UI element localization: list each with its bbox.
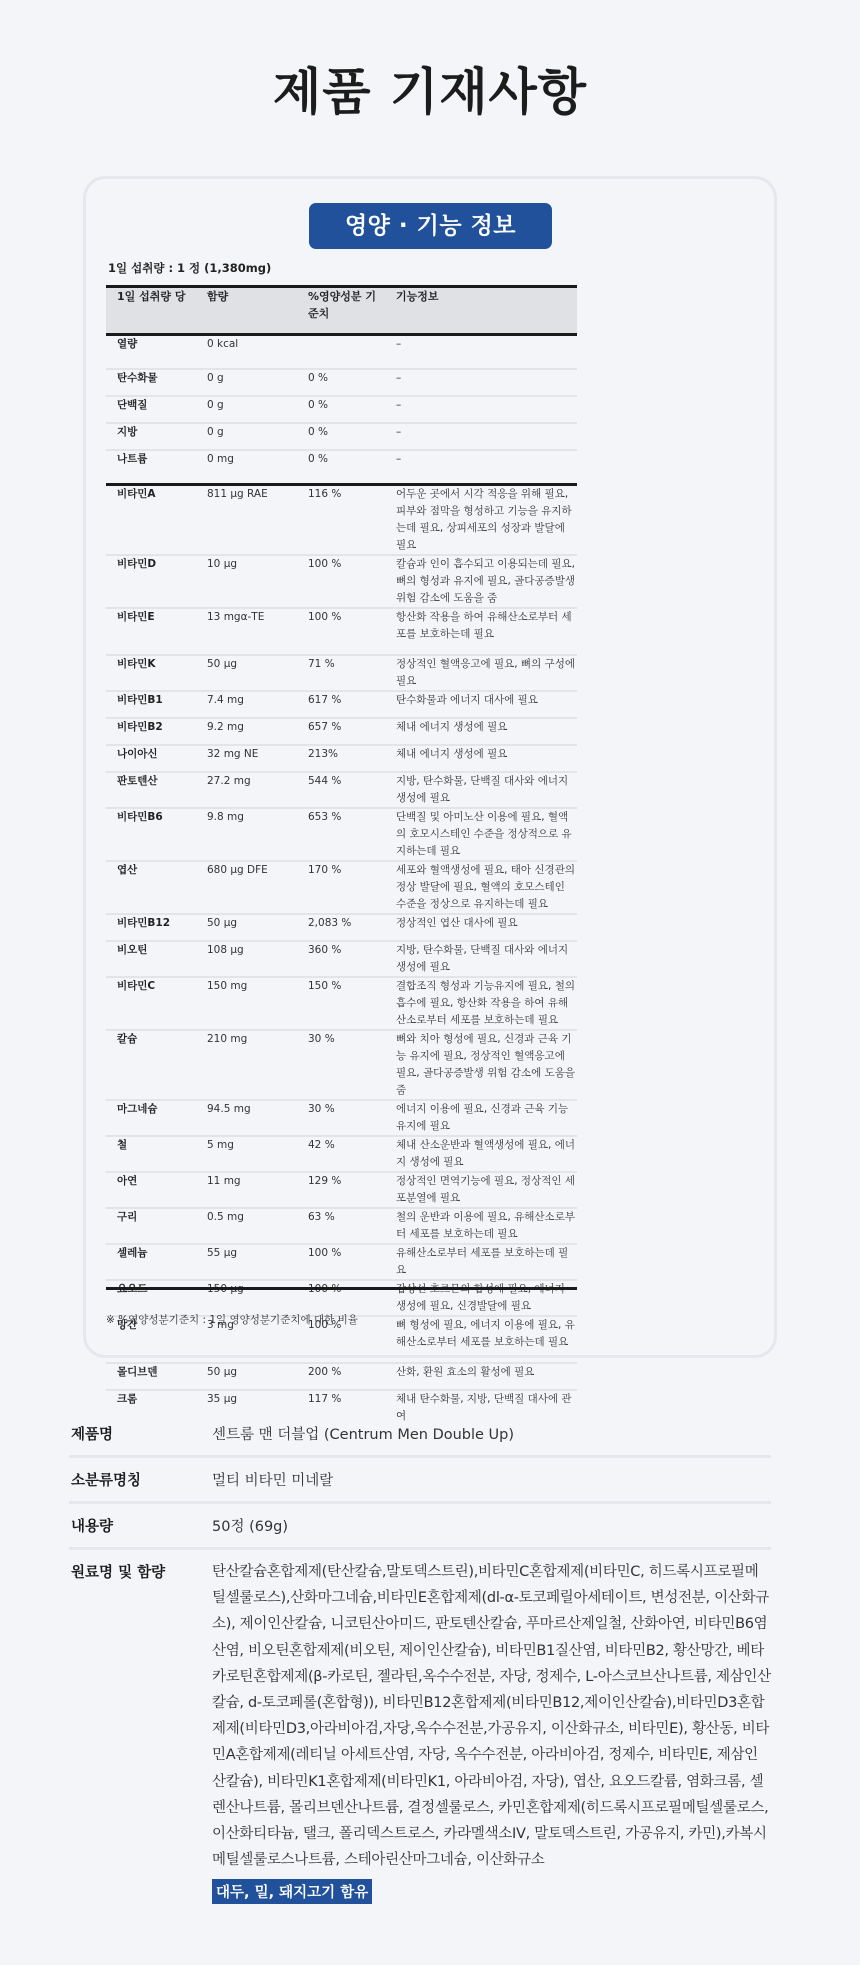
- nutrient-amount: 0 mg: [207, 450, 308, 477]
- nutrient-function: –: [396, 369, 577, 396]
- info-row-ingredients: 원료명 및 함량 탄산칼슘혼합제제(탄산칼슘,말토덱스트린),비타민C혼합제제(…: [69, 1550, 771, 1904]
- nutrient-name: 탄수화물: [106, 369, 207, 396]
- nutrient-function: 항산화 작용을 하여 유해산소로부터 세포를 보호하는데 필요: [396, 608, 577, 655]
- nutrient-amount: 13 mgα-TE: [207, 608, 308, 655]
- nutrient-pct: 150 %: [308, 977, 396, 1030]
- product-info: 제품명 센트룸 맨 더블업 (Centrum Men Double Up) 소분…: [69, 1412, 771, 1904]
- table-row: 비타민B29.2 mg657 %체내 에너지 생성에 필요: [106, 718, 577, 745]
- nutrient-function: 탄수화물과 에너지 대사에 필요: [396, 691, 577, 718]
- nutrient-amount: 0.5 mg: [207, 1208, 308, 1244]
- info-label: 제품명: [69, 1423, 212, 1444]
- nutrient-amount: 7.4 mg: [207, 691, 308, 718]
- table-row: 비타민B1250 μg2,083 %정상적인 엽산 대사에 필요: [106, 914, 577, 941]
- nutrient-pct: 0 %: [308, 396, 396, 423]
- nutrient-pct: 200 %: [308, 1363, 396, 1390]
- nutrient-pct: [308, 335, 396, 369]
- nutrient-function: 어두운 곳에서 시각 적응을 위해 필요, 피부와 점막을 형성하고 기능을 유…: [396, 486, 577, 555]
- nutrient-amount: 811 μg RAE: [207, 486, 308, 555]
- nutrient-pct: 170 %: [308, 861, 396, 914]
- nutrient-name: 지방: [106, 423, 207, 450]
- nutrient-pct: 116 %: [308, 486, 396, 555]
- nutrient-amount: 150 mg: [207, 977, 308, 1030]
- nutrient-pct: 617 %: [308, 691, 396, 718]
- table-row: 판토텐산27.2 mg544 %지방, 탄수화물, 단백질 대사와 에너지 생성…: [106, 772, 577, 808]
- nutrient-name: 비타민B6: [106, 808, 207, 861]
- table-row: 마그네슘94.5 mg30 %에너지 이용에 필요, 신경과 근육 기능 유지에…: [106, 1100, 577, 1136]
- nutrient-name: 비타민D: [106, 555, 207, 608]
- nutrient-function: 체내 에너지 생성에 필요: [396, 718, 577, 745]
- nutrient-function: 세포와 혈액생성에 필요, 태아 신경관의 정상 발달에 필요, 혈액의 호모스…: [396, 861, 577, 914]
- table-row: 비타민C150 mg150 %결합조직 형성과 기능유지에 필요, 철의 흡수에…: [106, 977, 577, 1030]
- table-row: 단백질 0 g 0 % –: [106, 396, 577, 423]
- table-row: 탄수화물 0 g 0 % –: [106, 369, 577, 396]
- table-header-row: 1일 섭취량 당 함량 %영양성분 기준치 기능정보: [106, 287, 577, 335]
- header-function: 기능정보: [396, 287, 577, 335]
- table-row: 몰디브덴50 μg200 %산화, 환원 효소의 활성에 필요: [106, 1363, 577, 1390]
- nutrient-name: 칼슘: [106, 1030, 207, 1100]
- nutrient-pct: 100 %: [308, 608, 396, 655]
- nutrient-function: 철의 운반과 이용에 필요, 유해산소로부터 세포를 보호하는데 필요: [396, 1208, 577, 1244]
- table-row: 비타민B17.4 mg617 %탄수화물과 에너지 대사에 필요: [106, 691, 577, 718]
- vitamin-mineral-table: 비타민A811 μg RAE116 %어두운 곳에서 시각 적응을 위해 필요,…: [106, 486, 577, 1425]
- nutrient-name: 판토텐산: [106, 772, 207, 808]
- nutrient-amount: 9.8 mg: [207, 808, 308, 861]
- nutrient-amount: 10 μg: [207, 555, 308, 608]
- product-name: 센트룸 맨 더블업 (Centrum Men Double Up): [212, 1423, 771, 1444]
- nutrient-function: 단백질 및 아미노산 이용에 필요, 혈액의 호모시스테인 수준을 정상적으로 …: [396, 808, 577, 861]
- nutrient-name: 비타민C: [106, 977, 207, 1030]
- table-row: 열량 0 kcal –: [106, 335, 577, 369]
- nutrient-amount: 55 μg: [207, 1244, 308, 1280]
- header-daily-value: %영양성분 기준치: [308, 287, 396, 335]
- table-row: 지방 0 g 0 % –: [106, 423, 577, 450]
- nutrient-amount: 50 μg: [207, 655, 308, 691]
- nutrient-function: 뼈 형성에 필요, 에너지 이용에 필요, 유해산소로부터 세포를 보호하는데 …: [396, 1316, 577, 1363]
- nutrient-function: –: [396, 396, 577, 423]
- nutrient-pct: 100 %: [308, 555, 396, 608]
- nutrient-function: 에너지 이용에 필요, 신경과 근육 기능 유지에 필요: [396, 1100, 577, 1136]
- table-row: 구리0.5 mg63 %철의 운반과 이용에 필요, 유해산소로부터 세포를 보…: [106, 1208, 577, 1244]
- info-row-product-name: 제품명 센트룸 맨 더블업 (Centrum Men Double Up): [69, 1412, 771, 1458]
- header-amount: 함량: [207, 287, 308, 335]
- nutrient-function: 지방, 탄수화물, 단백질 대사와 에너지 생성에 필요: [396, 941, 577, 977]
- info-label: 원료명 및 함량: [69, 1559, 212, 1904]
- nutrient-amount: 5 mg: [207, 1136, 308, 1172]
- nutrient-pct: 30 %: [308, 1100, 396, 1136]
- nutrient-pct: 100 %: [308, 1244, 396, 1280]
- info-label: 소분류명칭: [69, 1469, 212, 1490]
- info-row-category: 소분류명칭 멀티 비타민 미네랄: [69, 1458, 771, 1504]
- nutrient-amount: 50 μg: [207, 1363, 308, 1390]
- product-category: 멀티 비타민 미네랄: [212, 1469, 771, 1490]
- ingredients-text: 탄산칼슘혼합제제(탄산칼슘,말토덱스트린),비타민C혼합제제(비타민C, 히드록…: [212, 1559, 771, 1873]
- nutrient-pct: 63 %: [308, 1208, 396, 1244]
- nutrient-name: 엽산: [106, 861, 207, 914]
- nutrient-pct: 213%: [308, 745, 396, 772]
- nutrient-pct: 657 %: [308, 718, 396, 745]
- nutrient-name: 나이아신: [106, 745, 207, 772]
- nutrient-pct: 0 %: [308, 369, 396, 396]
- nutrient-pct: 653 %: [308, 808, 396, 861]
- nutrition-badge: 영양 · 기능 정보: [309, 203, 552, 249]
- nutrient-function: 칼슘과 인이 흡수되고 이용되는데 필요, 뼈의 형성과 유지에 필요, 골다공…: [396, 555, 577, 608]
- nutrient-function: –: [396, 450, 577, 477]
- nutrient-amount: 27.2 mg: [207, 772, 308, 808]
- nutrient-function: 정상적인 엽산 대사에 필요: [396, 914, 577, 941]
- nutrient-pct: 0 %: [308, 450, 396, 477]
- table-row: 요오드150 μg100 %갑상선 호르몬의 합성에 필요, 에너지 생성에 필…: [106, 1280, 577, 1316]
- table-row: 비타민D10 μg100 %칼슘과 인이 흡수되고 이용되는데 필요, 뼈의 형…: [106, 555, 577, 608]
- nutrient-pct: 30 %: [308, 1030, 396, 1100]
- info-label: 내용량: [69, 1515, 212, 1536]
- nutrient-function: –: [396, 335, 577, 369]
- nutrient-name: 비타민B12: [106, 914, 207, 941]
- nutrient-name: 철: [106, 1136, 207, 1172]
- table-row: 셀레늄55 μg100 %유해산소로부터 세포를 보호하는데 필요: [106, 1244, 577, 1280]
- page-title: 제품 기재사항: [0, 52, 860, 124]
- header-per-serving: 1일 섭취량 당: [106, 287, 207, 335]
- nutrient-function: 뼈와 치아 형성에 필요, 신경과 근육 기능 유지에 필요, 정상적인 혈액응…: [396, 1030, 577, 1100]
- info-row-volume: 내용량 50정 (69g): [69, 1504, 771, 1550]
- nutrient-name: 단백질: [106, 396, 207, 423]
- nutrient-amount: 9.2 mg: [207, 718, 308, 745]
- nutrient-pct: 71 %: [308, 655, 396, 691]
- table-bottom-rule: [106, 1287, 577, 1290]
- nutrient-pct: 544 %: [308, 772, 396, 808]
- nutrient-name: 비타민E: [106, 608, 207, 655]
- nutrient-name: 비타민A: [106, 486, 207, 555]
- nutrient-amount: 108 μg: [207, 941, 308, 977]
- nutrient-name: 아연: [106, 1172, 207, 1208]
- table-row: 비타민E13 mgα-TE100 %항산화 작용을 하여 유해산소로부터 세포를…: [106, 608, 577, 655]
- nutrient-function: 정상적인 면역기능에 필요, 정상적인 세포분열에 필요: [396, 1172, 577, 1208]
- nutrient-function: 유해산소로부터 세포를 보호하는데 필요: [396, 1244, 577, 1280]
- nutrient-name: 마그네슘: [106, 1100, 207, 1136]
- nutrient-name: 비타민B2: [106, 718, 207, 745]
- nutrient-amount: 11 mg: [207, 1172, 308, 1208]
- nutrient-function: 갑상선 호르몬의 합성에 필요, 에너지 생성에 필요, 신경발달에 필요: [396, 1280, 577, 1316]
- table-row: 아연11 mg129 %정상적인 면역기능에 필요, 정상적인 세포분열에 필요: [106, 1172, 577, 1208]
- nutrient-amount: 0 g: [207, 396, 308, 423]
- table-row: 철5 mg42 %체내 산소운반과 혈액생성에 필요, 에너지 생성에 필요: [106, 1136, 577, 1172]
- nutrient-name: 열량: [106, 335, 207, 369]
- table-row: 나이아신32 mg NE213%체내 에너지 생성에 필요: [106, 745, 577, 772]
- nutrient-amount: 680 μg DFE: [207, 861, 308, 914]
- nutrient-function: 체내 에너지 생성에 필요: [396, 745, 577, 772]
- nutrient-name: 몰디브덴: [106, 1363, 207, 1390]
- table-row: 비타민A811 μg RAE116 %어두운 곳에서 시각 적응을 위해 필요,…: [106, 486, 577, 555]
- nutrient-amount: 0 g: [207, 369, 308, 396]
- nutrient-amount: 50 μg: [207, 914, 308, 941]
- table-row: 비타민B69.8 mg653 %단백질 및 아미노산 이용에 필요, 혈액의 호…: [106, 808, 577, 861]
- footnote: ※ %영양성분기준치 : 1일 영양성분기준치에 대한 비율: [106, 1312, 358, 1327]
- nutrient-amount: 94.5 mg: [207, 1100, 308, 1136]
- nutrient-pct: 2,083 %: [308, 914, 396, 941]
- nutrient-pct: 100 %: [308, 1280, 396, 1316]
- nutrient-name: 비타민B1: [106, 691, 207, 718]
- nutrient-name: 비오틴: [106, 941, 207, 977]
- table-row: 칼슘210 mg30 %뼈와 치아 형성에 필요, 신경과 근육 기능 유지에 …: [106, 1030, 577, 1100]
- serving-size: 1일 섭취량 : 1 정 (1,380mg): [108, 260, 271, 276]
- nutrient-function: 지방, 탄수화물, 단백질 대사와 에너지 생성에 필요: [396, 772, 577, 808]
- nutrient-function: 정상적인 혈액응고에 필요, 뼈의 구성에 필요: [396, 655, 577, 691]
- nutrient-pct: 42 %: [308, 1136, 396, 1172]
- table-row: 나트륨 0 mg 0 % –: [106, 450, 577, 477]
- product-volume: 50정 (69g): [212, 1515, 771, 1536]
- table-row: 비오틴108 μg360 %지방, 탄수화물, 단백질 대사와 에너지 생성에 …: [106, 941, 577, 977]
- nutrient-function: 결합조직 형성과 기능유지에 필요, 철의 흡수에 필요, 항산화 작용을 하여…: [396, 977, 577, 1030]
- nutrient-pct: 360 %: [308, 941, 396, 977]
- nutrient-name: 비타민K: [106, 655, 207, 691]
- nutrient-function: 산화, 환원 효소의 활성에 필요: [396, 1363, 577, 1390]
- nutrient-amount: 0 g: [207, 423, 308, 450]
- table-row: 엽산680 μg DFE170 %세포와 혈액생성에 필요, 태아 신경관의 정…: [106, 861, 577, 914]
- nutrient-amount: 0 kcal: [207, 335, 308, 369]
- nutrient-name: 요오드: [106, 1280, 207, 1316]
- nutrient-name: 구리: [106, 1208, 207, 1244]
- nutrient-amount: 210 mg: [207, 1030, 308, 1100]
- allergen-badge: 대두, 밀, 돼지고기 함유: [212, 1879, 372, 1904]
- basic-nutrition-table: 1일 섭취량 당 함량 %영양성분 기준치 기능정보 열량 0 kcal – 탄…: [106, 285, 577, 477]
- nutrient-function: –: [396, 423, 577, 450]
- nutrient-function: 체내 산소운반과 혈액생성에 필요, 에너지 생성에 필요: [396, 1136, 577, 1172]
- ingredients-block: 탄산칼슘혼합제제(탄산칼슘,말토덱스트린),비타민C혼합제제(비타민C, 히드록…: [212, 1559, 771, 1904]
- nutrient-name: 셀레늄: [106, 1244, 207, 1280]
- nutrient-pct: 129 %: [308, 1172, 396, 1208]
- nutrient-amount: 32 mg NE: [207, 745, 308, 772]
- nutrient-name: 나트륨: [106, 450, 207, 477]
- nutrient-amount: 150 μg: [207, 1280, 308, 1316]
- table-row: 비타민K50 μg71 %정상적인 혈액응고에 필요, 뼈의 구성에 필요: [106, 655, 577, 691]
- nutrient-pct: 0 %: [308, 423, 396, 450]
